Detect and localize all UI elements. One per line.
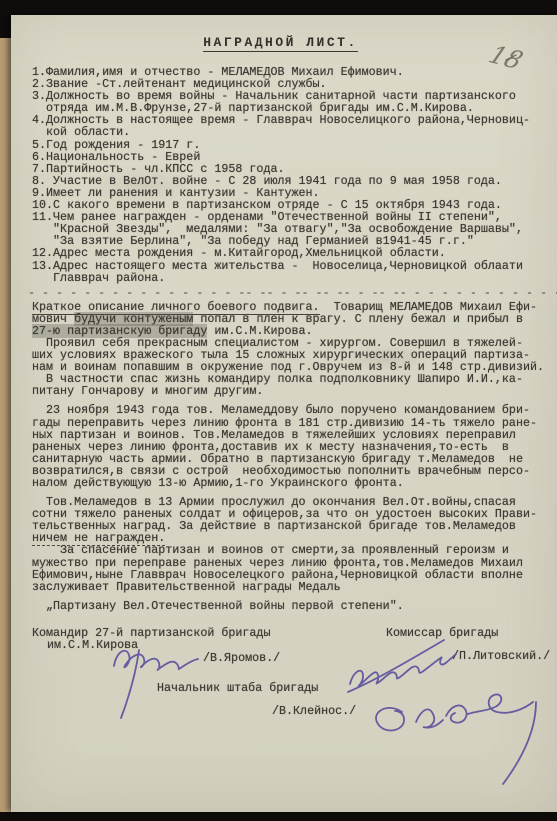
scan-corner-shadow [511,0,557,15]
commissar-name: /П.Литовский./ [452,649,550,663]
typed-line: кой области. [32,126,557,138]
document-page: НАГРАДНОЙ ЛИСТ. 1.Фамилия,имя и отчество… [11,15,557,812]
dashed-separator: - - - - - - - - - - - - - - - -- -- - --… [28,287,557,299]
typed-line: налом действующую 13-ю Армию,1-го Украин… [32,477,557,489]
body-text: Краткое описание личного боевого подвига… [32,301,557,612]
typed-line: „Партизану Вел.Отечественной войны перво… [32,600,557,612]
document-content: НАГРАДНОЙ ЛИСТ. 1.Фамилия,имя и отчество… [11,15,557,612]
scanned-document: НАГРАДНОЙ ЛИСТ. 1.Фамилия,имя и отчество… [0,0,557,821]
typed-line: 13.Адрес настоящего места жительства - Н… [32,260,557,272]
typed-line: 6.Национальность - Еврей [32,151,557,163]
document-title: НАГРАДНОЙ ЛИСТ. [18,35,543,50]
commander-name: /В.Яромов./ [203,651,280,665]
typed-line: 5.Год рождения - 1917 г. [32,139,557,151]
typed-line: заслуживает Правительственной награды Ме… [32,581,557,593]
typed-line: питану Гончарову и многим другим. [32,385,557,397]
typed-line: 12.Адрес места рождения - м.Китайгород,Х… [32,247,557,259]
commander-title-line2: им.С.М.Кирова [47,638,138,652]
numbered-list: 1.Фамилия,имя и отчество - МЕЛАМЕДОВ Мих… [32,66,557,284]
chief-of-staff-title: Начальник штаба бригады [157,681,318,695]
commissar-title: Комиссар бригады [386,626,498,640]
typed-line: Главврач района. [32,272,557,284]
chief-of-staff-name: /В.Клейнос./ [272,704,356,718]
